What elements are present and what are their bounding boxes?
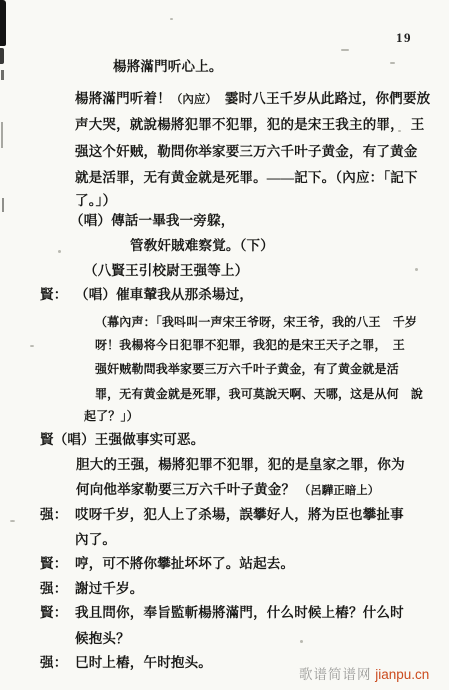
- offstage-voice-line: （幕內声：「我呌叫一声宋王爷呀，宋王爷，我的八王 千岁: [95, 315, 417, 330]
- dialogue-text: 哼，可不將你攀扯坏坏了。站起去。: [75, 556, 294, 571]
- script-line: 賢：我且問你，奉旨監斬楊將滿門，什么时候上樁？什么时: [40, 605, 404, 622]
- dialogue-text: 楊將滿門听着！: [75, 91, 171, 106]
- binding-blotch: [0, 0, 6, 46]
- script-line: 强这个奸贼，勒問你举家要三万六千叶子黄金，有了黄金: [75, 144, 418, 161]
- offstage-voice-line: 起了？」）: [84, 409, 139, 424]
- speaker-label: 强：: [40, 507, 75, 524]
- script-line: 何向他举家勒要三万六千叶子黄金？ （呂驊正暗上）: [76, 482, 379, 499]
- dialogue-text: 霎时八王千岁从此路过，你們要放: [211, 91, 430, 106]
- dialogue-text: 巳时上樁，午时抱头。: [75, 655, 212, 670]
- dialogue-text: （唱）催車輦我从那杀場过，: [75, 287, 253, 302]
- binding-blotch: [2, 198, 4, 212]
- dialogue-text: 哎呀千岁，犯人上了杀場，誤攀好人，將为臣也攀扯事: [75, 507, 404, 522]
- binding-blotch: [1, 122, 3, 148]
- dialogue-text: 我且問你，奉旨監斬楊將滿門，什么时候上樁？什么时: [75, 605, 404, 620]
- speaker-label: 賢：: [40, 287, 75, 304]
- verse-line: 楊將滿門听心上。: [113, 59, 223, 76]
- script-line: 賢：哼，可不將你攀扯坏坏了。站起去。: [40, 556, 294, 573]
- stage-direction-inline: （呂驊正暗上）: [299, 485, 380, 497]
- script-line: 胆大的王强，楊將犯罪不犯罪，犯的是皇家之罪，你为: [76, 457, 405, 474]
- script-line: 賢：（唱）催車輦我从那杀場过，: [40, 287, 253, 304]
- watermark-site-url: jianpu.cn: [375, 667, 429, 682]
- offstage-voice-line: 强奸贼勒問我举家要三万六千叶子黄金，有了黄金就是活: [95, 362, 399, 377]
- script-line: 候抱头？: [75, 631, 130, 648]
- script-line: 楊將滿門听着！（內应） 霎时八王千岁从此路过，你們要放: [75, 91, 430, 108]
- watermark: 歌谱简谱网 jianpu.cn: [299, 663, 429, 683]
- script-line: 强：哎呀千岁，犯人上了杀場，誤攀好人，將为臣也攀扯事: [40, 507, 404, 524]
- dialogue-text: 謝过千岁。: [75, 581, 144, 596]
- speaker-label: 强：: [40, 581, 75, 598]
- dialogue-text: 何向他举家勒要三万六千叶子黄金？: [76, 482, 295, 497]
- script-line: 强：謝过千岁。: [40, 581, 144, 598]
- offstage-voice-line: 罪，无有黄金就是死罪，我可莫說天啊、天哪，这是从何 說: [95, 387, 423, 402]
- stage-direction: （八賢王引校尉王强等上）: [84, 263, 248, 280]
- script-line: 賢（唱）王强做事实可恶。: [40, 432, 204, 449]
- watermark-site-name: 歌谱简谱网: [299, 667, 372, 682]
- page-number: 19: [396, 30, 412, 46]
- offstage-voice-line: 呀！我楊将今日犯罪不犯罪，我犯的是宋王天子之罪， 王: [95, 338, 405, 353]
- scanned-page: 19 楊將滿門听心上。 楊將滿門听着！（內应） 霎时八王千岁从此路过，你們要放 …: [0, 0, 449, 690]
- speaker-label: 强：: [40, 655, 75, 672]
- speaker-label: 賢：: [40, 556, 75, 573]
- verse-line: （唱）傳話一畢我一旁躱，: [70, 213, 234, 230]
- script-line: 就是活罪，无有黄金就是死罪。——記下。（內应：「記下: [75, 170, 418, 187]
- verse-line: 管敎奸賊难察覚。（下）: [130, 238, 274, 255]
- speaker-label: 賢：: [40, 605, 75, 622]
- binding-blotch: [1, 70, 4, 80]
- script-line: 內了。: [75, 532, 116, 549]
- script-line: 了。」）: [75, 193, 116, 210]
- script-line: 声大哭，就說楊將犯罪不犯罪，犯的是宋王我主的罪， 王: [75, 117, 424, 134]
- stage-direction-inline: （內应）: [171, 94, 211, 106]
- binding-blotch: [0, 48, 4, 64]
- script-line: 强：巳时上樁，午时抱头。: [40, 655, 212, 672]
